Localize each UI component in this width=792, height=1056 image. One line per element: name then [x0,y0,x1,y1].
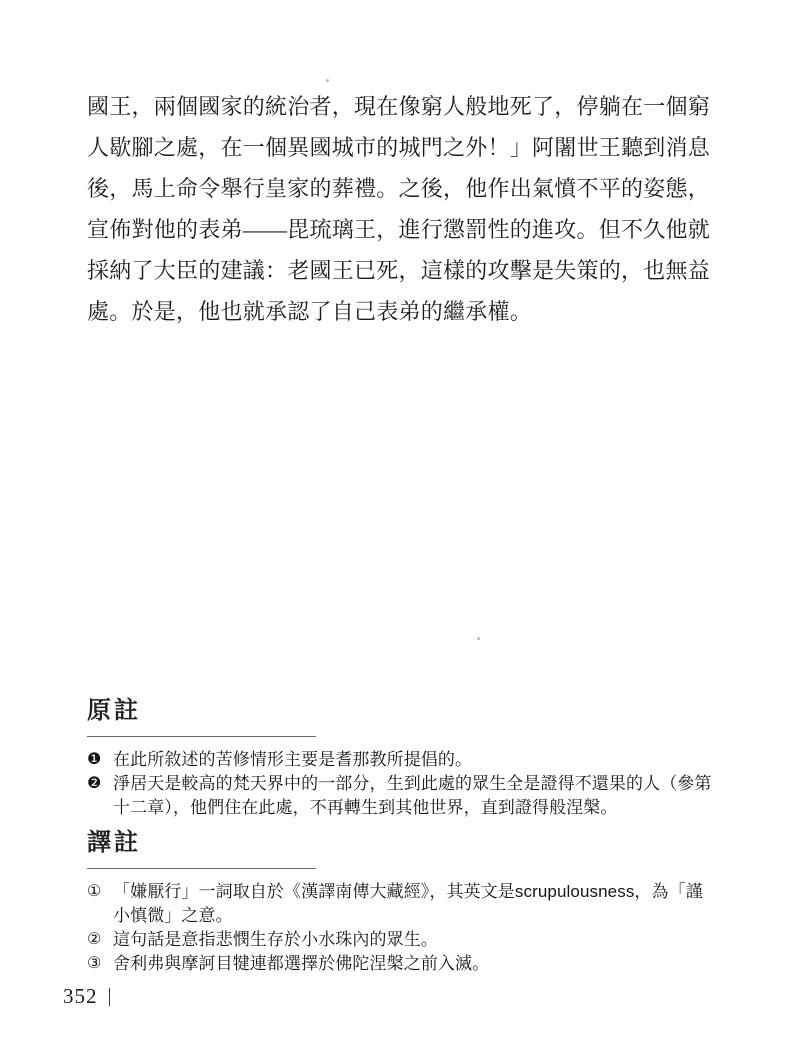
note-text: 「嫌厭行」一詞取自於《漢譯南傳大藏經》，其英文是scrupulousness，為… [113,880,713,928]
book-page: 國王，兩個國家的統治者，現在像窮人般地死了，停躺在一個窮 人歇腳之處，在一個異國… [0,0,792,1056]
original-notes-section: 原註 ❶ 在此所敘述的苦修情形主要是耆那教所提倡的。 ❷ 淨居天是較高的梵天界中… [87,696,717,820]
note-text: 舍利弗與摩訶目犍連都選擇於佛陀涅槃之前入滅。 [113,952,713,976]
body-text-line: 處。於是，他也就承認了自己表弟的繼承權。 [87,291,747,332]
note-text: 淨居天是較高的梵天界中的一部分，生到此處的眾生全是證得不還果的人（參第十二章），… [113,772,713,820]
note-text: 這句話是意指悲憫生存於小水珠內的眾生。 [113,928,713,952]
note-item: ③ 舍利弗與摩訶目犍連都選擇於佛陀涅槃之前入滅。 [87,952,717,976]
page-number: 352 [63,984,98,1009]
section-divider-rule [87,736,316,737]
body-text-line: 人歇腳之處，在一個異國城市的城門之外！」阿闍世王聽到消息 [87,127,747,168]
section-divider-rule [87,868,316,869]
body-text-line: 後，馬上命令舉行皇家的葬禮。之後，他作出氣憤不平的姿態， [87,168,747,209]
original-notes-heading: 原註 [87,696,717,726]
body-text-line: 採納了大臣的建議：老國王已死，這樣的攻擊是失策的，也無益 [87,250,747,291]
page-footer: 352 [63,984,110,1009]
scan-speck [477,637,480,640]
translator-notes-heading: 譯註 [87,828,717,858]
note-number-marker: ❶ [87,748,113,772]
note-text: 在此所敘述的苦修情形主要是耆那教所提倡的。 [113,748,713,772]
note-number-marker: ❷ [87,772,113,796]
body-text-line: 宣佈對他的表弟——毘琉璃王，進行懲罰性的進攻。但不久他就 [87,209,747,250]
note-item: ② 這句話是意指悲憫生存於小水珠內的眾生。 [87,928,717,952]
original-notes-list: ❶ 在此所敘述的苦修情形主要是耆那教所提倡的。 ❷ 淨居天是較高的梵天界中的一部… [87,748,717,820]
body-text-line: 國王，兩個國家的統治者，現在像窮人般地死了，停躺在一個窮 [87,86,747,127]
note-number-marker: ① [87,880,113,904]
note-item: ❶ 在此所敘述的苦修情形主要是耆那教所提倡的。 [87,748,717,772]
folio-divider-bar [109,988,110,1006]
note-item: ① 「嫌厭行」一詞取自於《漢譯南傳大藏經》，其英文是scrupulousness… [87,880,717,928]
translator-notes-list: ① 「嫌厭行」一詞取自於《漢譯南傳大藏經》，其英文是scrupulousness… [87,880,717,976]
note-number-marker: ② [87,928,113,952]
scan-speck [326,79,329,82]
body-paragraph: 國王，兩個國家的統治者，現在像窮人般地死了，停躺在一個窮 人歇腳之處，在一個異國… [87,86,747,332]
translator-notes-section: 譯註 ① 「嫌厭行」一詞取自於《漢譯南傳大藏經》，其英文是scrupulousn… [87,828,717,976]
note-item: ❷ 淨居天是較高的梵天界中的一部分，生到此處的眾生全是證得不還果的人（參第十二章… [87,772,717,820]
note-number-marker: ③ [87,952,113,976]
